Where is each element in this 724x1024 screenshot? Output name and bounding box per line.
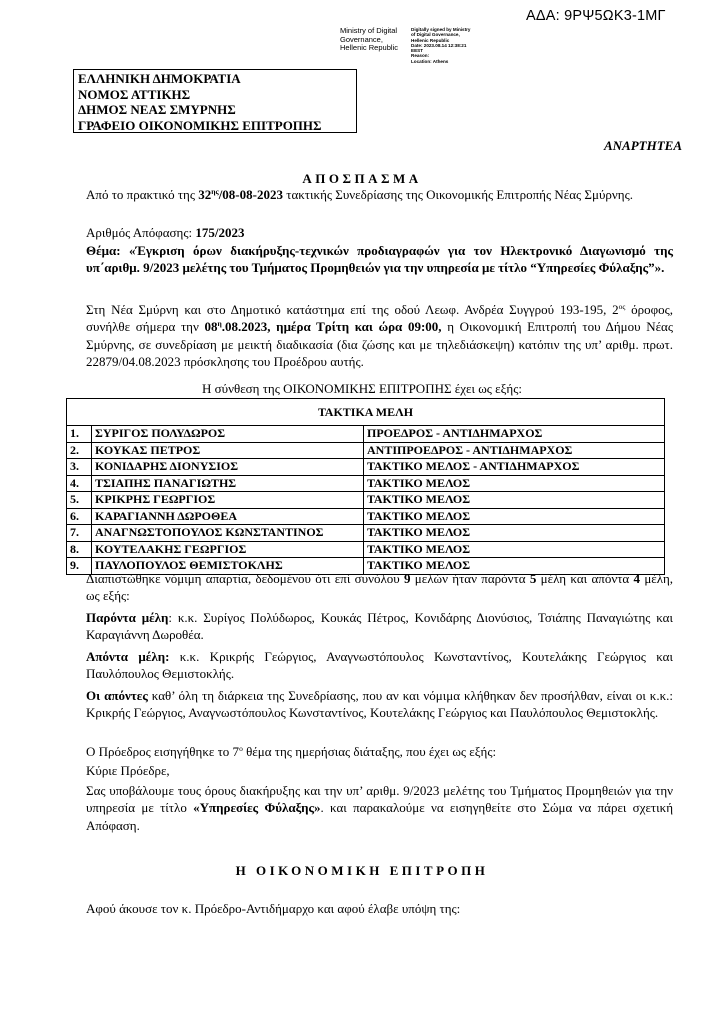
member-number: 3. — [67, 459, 92, 476]
member-name: ΚΟΥΚΑΣ ΠΕΤΡΟΣ — [92, 442, 364, 459]
member-number: 1. — [67, 426, 92, 443]
table-title-row: ΤΑΚΤΙΚΑ ΜΕΛΗ — [67, 399, 665, 426]
member-role: ΑΝΤΙΠΡΟΕΔΡΟΣ - ΑΝΤΙΔΗΜΑΡΧΟΣ — [364, 442, 665, 459]
member-name: ΚΡΙΚΡΗΣ ΓΕΩΡΓΙΟΣ — [92, 492, 364, 509]
table-row: 3.ΚΟΝΙΔΑΡΗΣ ΔΙΟΝΥΣΙΟΣΤΑΚΤΙΚΟ ΜΕΛΟΣ - ΑΝΤ… — [67, 459, 665, 476]
table-title: ΤΑΚΤΙΚΑ ΜΕΛΗ — [67, 399, 665, 426]
composition-intro: Η σύνθεση της ΟΙΚΟΝΟΜΙΚΗΣ ΕΠΙΤΡΟΠΗΣ έχει… — [0, 381, 724, 397]
member-name: ΣΥΡΙΓΟΣ ΠΟΛΥΔΩΡΟΣ — [92, 426, 364, 443]
member-number: 6. — [67, 508, 92, 525]
signature-signer: Ministry of Digital Governance, Hellenic… — [340, 27, 398, 53]
table-row: 8.ΚΟΥΤΕΛΑΚΗΣ ΓΕΩΡΓΙΟΣΤΑΚΤΙΚΟ ΜΕΛΟΣ — [67, 541, 665, 558]
closing-paragraph: Αφού άκουσε τον κ. Πρόεδρο-Αντιδήμαρχο κ… — [86, 900, 673, 917]
header-line: ΝΟΜΟΣ ΑΤΤΙΚΗΣ — [78, 87, 356, 103]
member-number: 5. — [67, 492, 92, 509]
member-role: ΤΑΚΤΙΚΟ ΜΕΛΟΣ — [364, 492, 665, 509]
intro-prefix: Από το πρακτικό της — [86, 187, 198, 202]
absent-members-label: Απόντα μέλη: — [86, 649, 169, 664]
absentees-paragraph: Οι απόντες καθ’ όλη τη διάρκεια της Συνε… — [86, 687, 673, 722]
document-title: ΑΠΟΣΠΑΣΜΑ — [0, 171, 724, 187]
issuer-header-box: ΕΛΛΗΝΙΚΗ ΔΗΜΟΚΡΑΤΙΑ ΝΟΜΟΣ ΑΤΤΙΚΗΣ ΔΗΜΟΣ … — [73, 69, 357, 133]
member-role: ΤΑΚΤΙΚΟ ΜΕΛΟΣ — [364, 475, 665, 492]
member-name: ΚΑΡΑΓΙΑΝΝΗ ΔΩΡΟΘΕΑ — [92, 508, 364, 525]
meeting-paragraph: Στη Νέα Σμύρνη και στο Δημοτικό κατάστημ… — [86, 301, 673, 370]
subject-paragraph: Θέμα: «Έγκριση όρων διακήρυξης-τεχνικών … — [86, 242, 673, 277]
member-role: ΠΡΟΕΔΡΟΣ - ΑΝΤΙΔΗΜΑΡΧΟΣ — [364, 426, 665, 443]
member-number: 7. — [67, 525, 92, 542]
table-row: 4.ΤΣΙΑΠΗΣ ΠΑΝΑΓΙΩΤΗΣΤΑΚΤΙΚΟ ΜΕΛΟΣ — [67, 475, 665, 492]
table-row: 6.ΚΑΡΑΓΙΑΝΝΗ ΔΩΡΟΘΕΑΤΑΚΤΙΚΟ ΜΕΛΟΣ — [67, 508, 665, 525]
absent-members-paragraph: Απόντα μέλη: κ.κ. Κρικρής Γεώργιος, Αναγ… — [86, 648, 673, 683]
proposal-paragraph: Σας υποβάλουμε τους όρους διακήρυξης και… — [86, 782, 673, 834]
header-line: ΓΡΑΦΕΙΟ ΟΙΚΟΝΟΜΙΚΗΣ ΕΠΙΤΡΟΠΗΣ — [78, 118, 356, 134]
member-number: 8. — [67, 541, 92, 558]
member-name: ΚΟΝΙΔΑΡΗΣ ΔΙΟΝΥΣΙΟΣ — [92, 459, 364, 476]
signer-line: Hellenic Republic — [340, 44, 398, 53]
member-role: ΤΑΚΤΙΚΟ ΜΕΛΟΣ — [364, 508, 665, 525]
signature-detail-line: Location: Athens — [411, 59, 481, 64]
intro-paragraph: Από το πρακτικό της 32ης/08-08-2023 τακτ… — [86, 186, 673, 203]
member-name: ΚΟΥΤΕΛΑΚΗΣ ΓΕΩΡΓΙΟΣ — [92, 541, 364, 558]
member-number: 4. — [67, 475, 92, 492]
publish-marker: ΑΝΑΡΤΗΤΕΑ — [604, 138, 682, 154]
signature-details: Digitally signed by Ministry of Digital … — [411, 27, 481, 64]
decision-number: Αριθμός Απόφασης: 175/2023 — [86, 224, 673, 241]
committee-heading: Η ΟΙΚΟΝΟΜΙΚΗ ΕΠΙΤΡΟΠΗ — [0, 863, 724, 879]
members-table: ΤΑΚΤΙΚΑ ΜΕΛΗ 1.ΣΥΡΙΓΟΣ ΠΟΛΥΔΩΡΟΣΠΡΟΕΔΡΟΣ… — [66, 398, 665, 575]
member-role: ΤΑΚΤΙΚΟ ΜΕΛΟΣ — [364, 541, 665, 558]
header-line: ΔΗΜΟΣ ΝΕΑΣ ΣΜΥΡΝΗΣ — [78, 102, 356, 118]
service-title: «Υπηρεσίες Φύλαξης» — [193, 800, 320, 815]
ada-code: ΑΔΑ: 9ΡΨ5ΩΚ3-1ΜΓ — [526, 8, 666, 24]
table-row: 1.ΣΥΡΙΓΟΣ ΠΟΛΥΔΩΡΟΣΠΡΟΕΔΡΟΣ - ΑΝΤΙΔΗΜΑΡΧ… — [67, 426, 665, 443]
present-members-paragraph: Παρόντα μέλη: κ.κ. Συρίγος Πολύδωρος, Κο… — [86, 609, 673, 644]
member-name: ΑΝΑΓΝΩΣΤΟΠΟΥΛΟΣ ΚΩΝΣΤΑΝΤΙΝΟΣ — [92, 525, 364, 542]
salutation: Κύριε Πρόεδρε, — [86, 762, 673, 779]
quorum-paragraph: Διαπιστώθηκε νόμιμη απαρτία, δεδομένου ό… — [86, 570, 673, 605]
table-row: 5.ΚΡΙΚΡΗΣ ΓΕΩΡΓΙΟΣΤΑΚΤΙΚΟ ΜΕΛΟΣ — [67, 492, 665, 509]
member-number: 2. — [67, 442, 92, 459]
table-row: 2.ΚΟΥΚΑΣ ΠΕΤΡΟΣΑΝΤΙΠΡΟΕΔΡΟΣ - ΑΝΤΙΔΗΜΑΡΧ… — [67, 442, 665, 459]
decision-number-value: 175/2023 — [195, 225, 244, 240]
session-number: 32ης/08-08-2023 — [198, 187, 283, 202]
meeting-datetime: 08η.08.2023, ημέρα Τρίτη και ώρα 09:00, — [205, 319, 442, 334]
member-name: ΤΣΙΑΠΗΣ ΠΑΝΑΓΙΩΤΗΣ — [92, 475, 364, 492]
table-row: 7.ΑΝΑΓΝΩΣΤΟΠΟΥΛΟΣ ΚΩΝΣΤΑΝΤΙΝΟΣΤΑΚΤΙΚΟ ΜΕ… — [67, 525, 665, 542]
intro-suffix: τακτικής Συνεδρίασης της Οικονομικής Επι… — [283, 187, 633, 202]
absentees-label: Οι απόντες — [86, 688, 148, 703]
member-role: ΤΑΚΤΙΚΟ ΜΕΛΟΣ - ΑΝΤΙΔΗΜΑΡΧΟΣ — [364, 459, 665, 476]
header-line: ΕΛΛΗΝΙΚΗ ΔΗΜΟΚΡΑΤΙΑ — [78, 71, 356, 87]
president-intro: Ο Πρόεδρος εισηγήθηκε το 7ο θέμα της ημε… — [86, 743, 673, 760]
present-members-label: Παρόντα μέλη — [86, 610, 168, 625]
member-role: ΤΑΚΤΙΚΟ ΜΕΛΟΣ — [364, 525, 665, 542]
